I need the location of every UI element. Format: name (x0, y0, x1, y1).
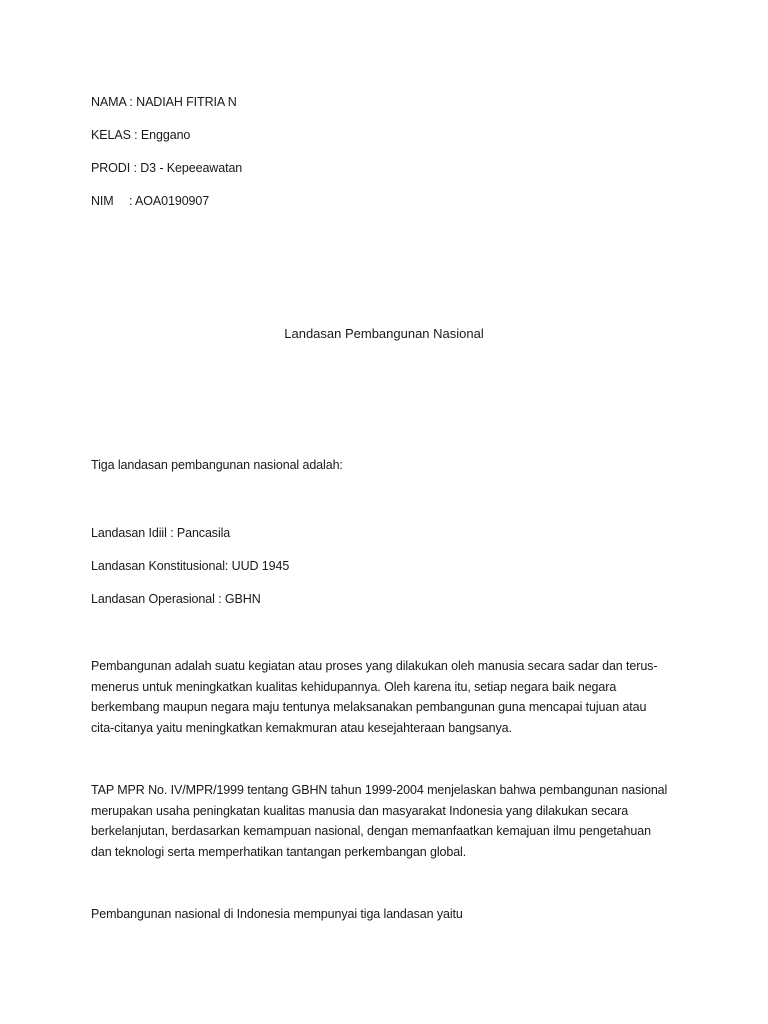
paragraph-line: berkelanjutan, berdasarkan kemampuan nas… (91, 821, 691, 842)
landasan-operasional: Landasan Operasional : GBHN (91, 589, 261, 609)
landasan-konstitusional: Landasan Konstitusional: UUD 1945 (91, 556, 289, 576)
paragraph-tiga-landasan: Pembangunan nasional di Indonesia mempun… (91, 904, 463, 924)
landasan-idiil: Landasan Idiil : Pancasila (91, 523, 230, 543)
document-title: Landasan Pembangunan Nasional (0, 324, 768, 344)
student-name: NAMA : NADIAH FITRIA N (91, 92, 237, 112)
paragraph-line: menerus untuk meningkatkan kualitas kehi… (91, 677, 691, 698)
student-id: NIM: AOA0190907 (91, 191, 209, 211)
paragraph-line: dan teknologi serta memperhatikan tantan… (91, 842, 691, 863)
paragraph-line: TAP MPR No. IV/MPR/1999 tentang GBHN tah… (91, 780, 691, 801)
student-id-value: : AOA0190907 (129, 194, 209, 208)
student-program: PRODI : D3 - Kepeeawatan (91, 158, 242, 178)
paragraph-line: berkembang maupun negara maju tentunya m… (91, 697, 691, 718)
paragraph-line: merupakan usaha peningkatan kualitas man… (91, 801, 691, 822)
student-id-label: NIM (91, 191, 129, 211)
paragraph-pembangunan: Pembangunan adalah suatu kegiatan atau p… (91, 656, 691, 738)
student-class: KELAS : Enggano (91, 125, 190, 145)
intro-text: Tiga landasan pembangunan nasional adala… (91, 455, 343, 475)
paragraph-line: cita-citanya yaitu meningkatkan kemakmur… (91, 718, 691, 739)
paragraph-line: Pembangunan adalah suatu kegiatan atau p… (91, 656, 691, 677)
paragraph-tap-mpr: TAP MPR No. IV/MPR/1999 tentang GBHN tah… (91, 780, 691, 862)
